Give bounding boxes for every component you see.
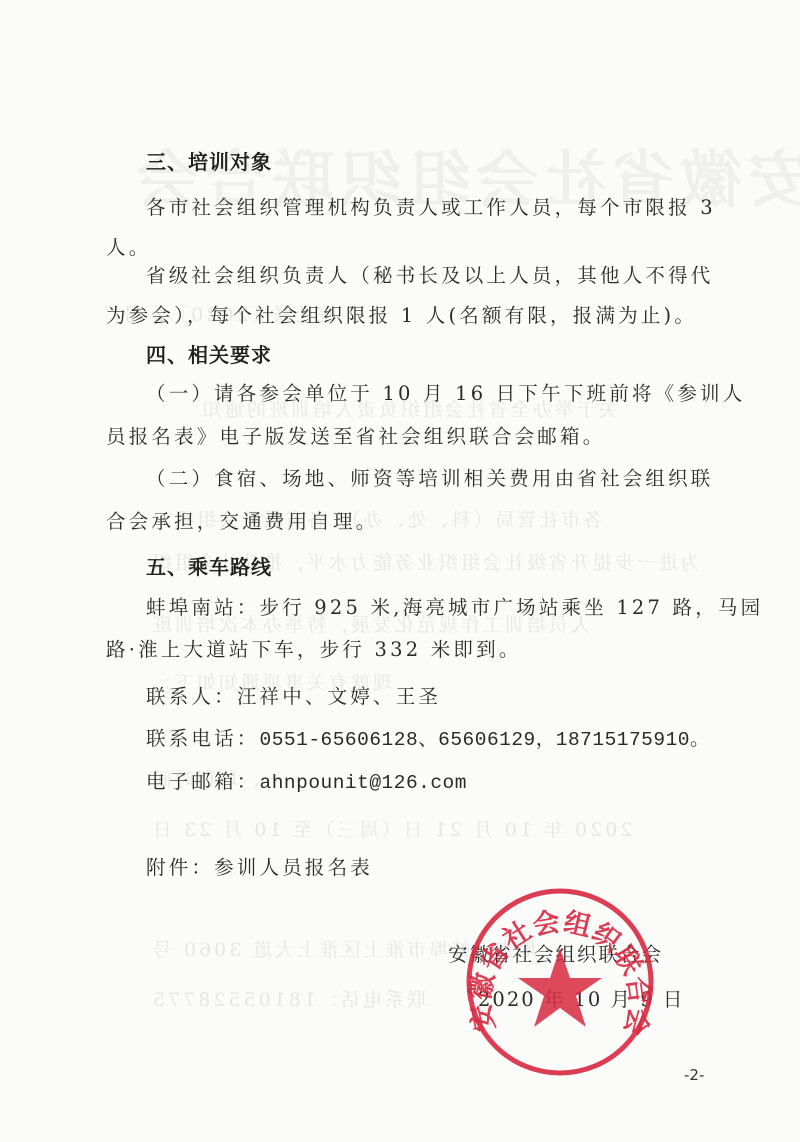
attachment-name: 参训人员报名表 (214, 856, 373, 879)
paragraph-line: 各市社会组织管理机构负责人或工作人员，每个市限报 3 (146, 192, 716, 220)
section-heading-training-targets: 三、培训对象 (146, 146, 272, 175)
paragraph-line: 路·淮上大道站下车，步行 332 米即到。 (106, 634, 522, 662)
section-heading-requirements: 四、相关要求 (146, 339, 272, 368)
paragraph-line: 蚌埠南站：步行 925 米,海亮城市广场站乘坐 127 路，马园 (146, 592, 763, 620)
seal-graphic: 安徽省社会组织联合会 (462, 884, 658, 1080)
contact-persons-label: 联系人： (146, 685, 237, 708)
paragraph-line: 为参会），每个社会组织限报 1 人(名额有限，报满为止)。 (106, 300, 697, 328)
contact-phones-label: 联系电话： (146, 727, 260, 750)
contact-email: 电子邮箱：ahnpounit@126.com (146, 766, 467, 794)
official-seal: 安徽省社会组织联合会 (462, 884, 658, 1080)
page-number: -2- (684, 1066, 704, 1084)
section-heading-route: 五、乘车路线 (146, 551, 272, 580)
paragraph-line: （一）请各参会单位于 10 月 16 日下午下班前将《参训人 (146, 378, 745, 406)
contact-persons: 联系人：汪祥中、文婷、王圣 (146, 681, 441, 709)
attachment-label: 附件： (146, 856, 214, 879)
contact-phones-value: 0551-65606128、65606129，18715175910。 (260, 729, 710, 751)
contact-email-value: ahnpounit@126.com (260, 772, 467, 794)
paragraph-line: 员报名表》电子版发送至省社会组织联合会邮箱。 (106, 421, 605, 449)
paragraph-line: 人。 (106, 232, 151, 260)
paragraph-line: 合会承担，交通费用自理。 (106, 506, 378, 534)
document-page: 三、培训对象 各市社会组织管理机构负责人或工作人员，每个市限报 3 人。 省级社… (0, 0, 800, 1142)
contact-persons-value: 汪祥中、文婷、王圣 (237, 685, 441, 708)
attachment-line: 附件：参训人员报名表 (146, 852, 373, 880)
contact-phones: 联系电话：0551-65606128、65606129，18715175910。 (146, 723, 710, 751)
contact-email-label: 电子邮箱： (146, 770, 260, 793)
paragraph-line: （二）食宿、场地、师资等培训相关费用由省社会组织联 (146, 463, 714, 491)
star-icon (518, 948, 602, 1027)
paragraph-line: 省级社会组织负责人（秘书长及以上人员，其他人不得代 (146, 260, 714, 288)
